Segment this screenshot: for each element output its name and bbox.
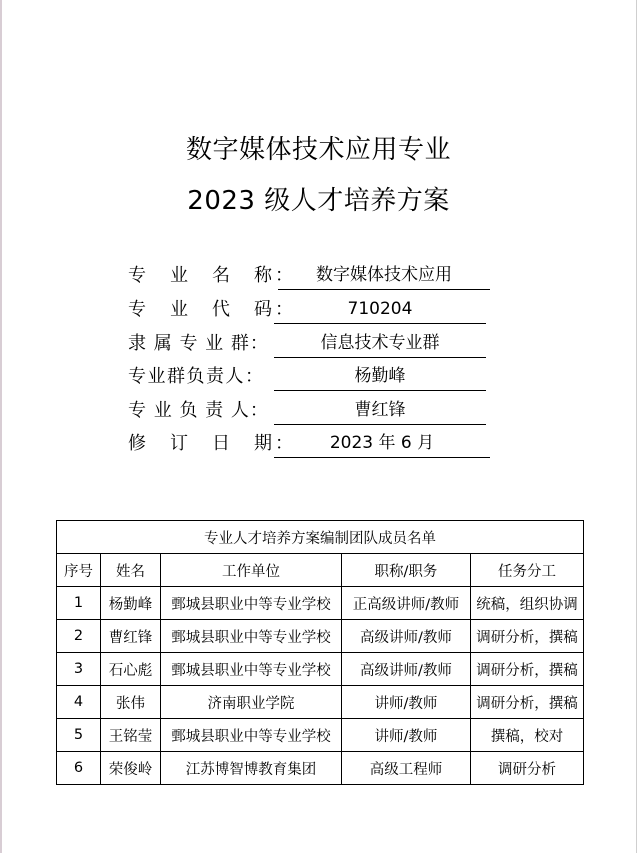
cell-index: 3 xyxy=(57,653,101,686)
info-value: 杨勤峰 xyxy=(274,363,486,391)
cell-workplace: 鄄城县职业中等专业学校 xyxy=(161,587,342,620)
info-value: 信息技术专业群 xyxy=(274,330,486,358)
cell-index: 2 xyxy=(57,620,101,653)
table-row: 6 荣俊岭 江苏博智博教育集团 高级工程师 调研分析 xyxy=(57,752,584,785)
cell-task: 统稿，组织协调 xyxy=(471,587,584,620)
cell-task: 调研分析，撰稿 xyxy=(471,653,584,686)
cell-task: 调研分析 xyxy=(471,752,584,785)
column-header-workplace: 工作单位 xyxy=(161,554,342,587)
cell-workplace: 鄄城县职业中等专业学校 xyxy=(161,620,342,653)
info-row-major-code: 专 业 代 码： 710204 xyxy=(128,296,498,324)
info-label: 专 业 负 责 人： xyxy=(128,397,269,425)
info-row-major-group: 隶 属 专 业 群： 信息技术专业群 xyxy=(128,330,498,358)
team-members-table: 专业人才培养方案编制团队成员名单 序号 姓名 工作单位 职称/职务 任务分工 1… xyxy=(56,520,584,785)
info-label: 专 业 名 称： xyxy=(128,262,296,290)
table-row: 3 石心彪 鄄城县职业中等专业学校 高级讲师/教师 调研分析，撰稿 xyxy=(57,653,584,686)
info-label: 专 业 代 码： xyxy=(128,296,296,324)
cell-title: 讲师/教师 xyxy=(342,719,471,752)
column-header-name: 姓名 xyxy=(101,554,161,587)
cell-workplace: 鄄城县职业中等专业学校 xyxy=(161,653,342,686)
info-row-group-leader: 专业群负责人： 杨勤峰 xyxy=(128,363,498,391)
cell-title: 正高级讲师/教师 xyxy=(342,587,471,620)
cell-title: 高级讲师/教师 xyxy=(342,620,471,653)
column-header-task: 任务分工 xyxy=(471,554,584,587)
cell-workplace: 济南职业学院 xyxy=(161,686,342,719)
table-caption: 专业人才培养方案编制团队成员名单 xyxy=(57,521,584,554)
cell-name: 张伟 xyxy=(101,686,161,719)
cell-workplace: 江苏博智博教育集团 xyxy=(161,752,342,785)
cell-task: 调研分析，撰稿 xyxy=(471,620,584,653)
info-row-revision-date: 修 订 日 期： 2023 年 6 月 xyxy=(128,430,498,458)
cell-workplace: 鄄城县职业中等专业学校 xyxy=(161,719,342,752)
cell-name: 石心彪 xyxy=(101,653,161,686)
info-row-major-name: 专 业 名 称： 数字媒体技术应用 xyxy=(128,262,498,290)
info-label: 隶 属 专 业 群： xyxy=(128,330,269,358)
info-value: 710204 xyxy=(274,296,486,324)
cell-index: 5 xyxy=(57,719,101,752)
cell-index: 4 xyxy=(57,686,101,719)
document-title-line2: 2023 级人才培养方案 xyxy=(0,185,637,217)
info-value: 曹红锋 xyxy=(274,397,486,425)
table-row: 1 杨勤峰 鄄城县职业中等专业学校 正高级讲师/教师 统稿，组织协调 xyxy=(57,587,584,620)
cell-title: 高级工程师 xyxy=(342,752,471,785)
table-row: 5 王铭莹 鄄城县职业中等专业学校 讲师/教师 撰稿，校对 xyxy=(57,719,584,752)
table-row: 2 曹红锋 鄄城县职业中等专业学校 高级讲师/教师 调研分析，撰稿 xyxy=(57,620,584,653)
cell-task: 撰稿，校对 xyxy=(471,719,584,752)
info-row-major-leader: 专 业 负 责 人： 曹红锋 xyxy=(128,397,498,425)
cell-title: 讲师/教师 xyxy=(342,686,471,719)
cell-name: 王铭莹 xyxy=(101,719,161,752)
cell-title: 高级讲师/教师 xyxy=(342,653,471,686)
column-header-index: 序号 xyxy=(57,554,101,587)
info-label: 专业群负责人： xyxy=(128,363,265,391)
info-label: 修 订 日 期： xyxy=(128,430,296,458)
page-edge-left xyxy=(0,0,2,853)
table-row: 4 张伟 济南职业学院 讲师/教师 调研分析，撰稿 xyxy=(57,686,584,719)
cell-task: 调研分析，撰稿 xyxy=(471,686,584,719)
table-caption-row: 专业人才培养方案编制团队成员名单 xyxy=(57,521,584,554)
info-value: 数字媒体技术应用 xyxy=(278,262,490,290)
cell-index: 6 xyxy=(57,752,101,785)
table-header-row: 序号 姓名 工作单位 职称/职务 任务分工 xyxy=(57,554,584,587)
column-header-title: 职称/职务 xyxy=(342,554,471,587)
cell-name: 杨勤峰 xyxy=(101,587,161,620)
document-title-line1: 数字媒体技术应用专业 xyxy=(0,134,637,166)
cell-name: 曹红锋 xyxy=(101,620,161,653)
info-value: 2023 年 6 月 xyxy=(274,430,490,458)
cell-name: 荣俊岭 xyxy=(101,752,161,785)
cell-index: 1 xyxy=(57,587,101,620)
